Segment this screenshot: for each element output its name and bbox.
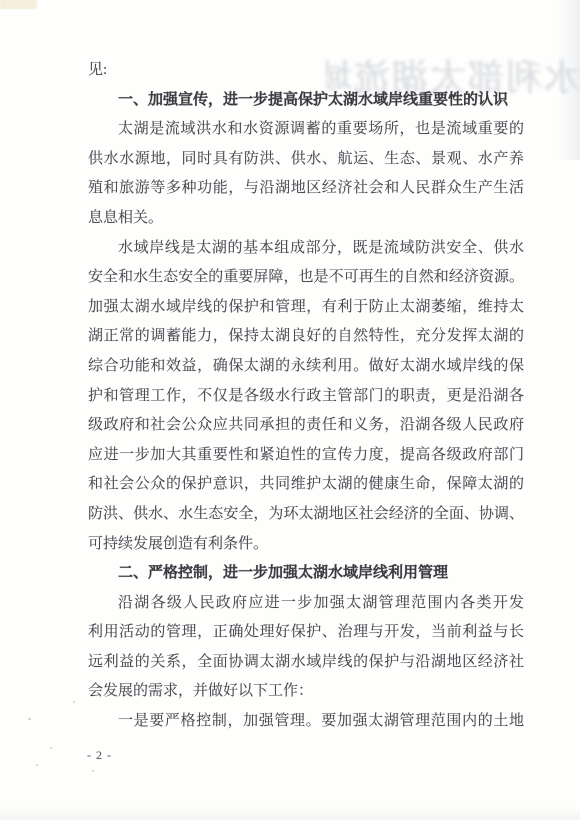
doc-line: 湖正常的调蓄能力，保持太湖良好的自然特性，充分发挥太湖的 bbox=[88, 322, 524, 352]
paper-speck bbox=[28, 718, 31, 720]
doc-line: 水域岸线是太湖的基本组成部分，既是流域防洪安全、供水 bbox=[88, 234, 524, 264]
doc-line: 安全和水生态安全的重要屏障，也是不可再生的自然和经济资源。 bbox=[88, 263, 524, 293]
paper-speck bbox=[73, 701, 75, 703]
doc-line: 殖和旅游等多种功能，与沿湖地区经济社会和人民群众生产生活 bbox=[88, 174, 524, 204]
doc-line: 供水水源地，同时具有防洪、供水、航运、生态、景观、水产养 bbox=[88, 145, 524, 175]
paper-speck bbox=[36, 764, 38, 766]
doc-line: 护和管理工作，不仅是各级水行政主管部门的职责，更是沿湖各 bbox=[88, 382, 524, 412]
paper-speck bbox=[92, 770, 94, 772]
doc-line: 太湖是流域洪水和水资源调蓄的重要场所，也是流域重要的 bbox=[88, 115, 524, 145]
doc-line: 综合功能和效益，确保太湖的永续利用。做好太湖水域岸线的保 bbox=[88, 352, 524, 382]
doc-line: 加强太湖水域岸线的保护和管理，有利于防止太湖萎缩，维持太 bbox=[88, 293, 524, 323]
scan-edge-shading bbox=[558, 0, 580, 160]
doc-line: 远利益的关系，全面协调太湖水域岸线的保护与沿湖地区经济社 bbox=[88, 648, 524, 678]
doc-line: 一是要严格控制，加强管理。要加强太湖管理范围内的土地 bbox=[88, 707, 524, 737]
doc-line: 息息相关。 bbox=[88, 204, 524, 234]
doc-line: 防洪、供水、水生态安全，为环太湖地区社会经济的全面、协调、 bbox=[88, 500, 524, 530]
doc-line: 级政府和社会公众应共同承担的责任和义务，沿湖各级人民政府 bbox=[88, 411, 524, 441]
scanned-document-page: 水利部太湖流域 见: 一、加强宣传，进一步提高保护太湖水域岸线重要性的认识 太湖… bbox=[0, 0, 580, 820]
doc-line: 可持续发展创造有利条件。 bbox=[88, 530, 524, 560]
document-body: 见: 一、加强宣传，进一步提高保护太湖水域岸线重要性的认识 太湖是流域洪水和水资… bbox=[88, 56, 524, 737]
doc-line: 利用活动的管理，正确处理好保护、治理与开发，当前利益与长 bbox=[88, 618, 524, 648]
doc-line: 和社会公众的保护意识，共同维护太湖的健康生命，保障太湖的 bbox=[88, 470, 524, 500]
page-number: - 2 - bbox=[87, 748, 112, 762]
doc-line: 会发展的需求，并做好以下工作： bbox=[88, 677, 524, 707]
scan-edge-shading bbox=[0, 806, 580, 820]
section-heading-2: 二、严格控制，进一步加强太湖水域岸线利用管理 bbox=[88, 559, 524, 589]
doc-line-lead: 见: bbox=[88, 56, 524, 86]
paper-speck bbox=[50, 747, 52, 749]
section-heading-1: 一、加强宣传，进一步提高保护太湖水域岸线重要性的认识 bbox=[88, 86, 524, 116]
scan-corner-artifact bbox=[0, 0, 37, 9]
doc-line: 沿湖各级人民政府应进一步加强太湖管理范围内各类开发 bbox=[88, 589, 524, 619]
doc-line: 应进一步加大其重要性和紧迫性的宣传力度，提高各级政府部门 bbox=[88, 441, 524, 471]
